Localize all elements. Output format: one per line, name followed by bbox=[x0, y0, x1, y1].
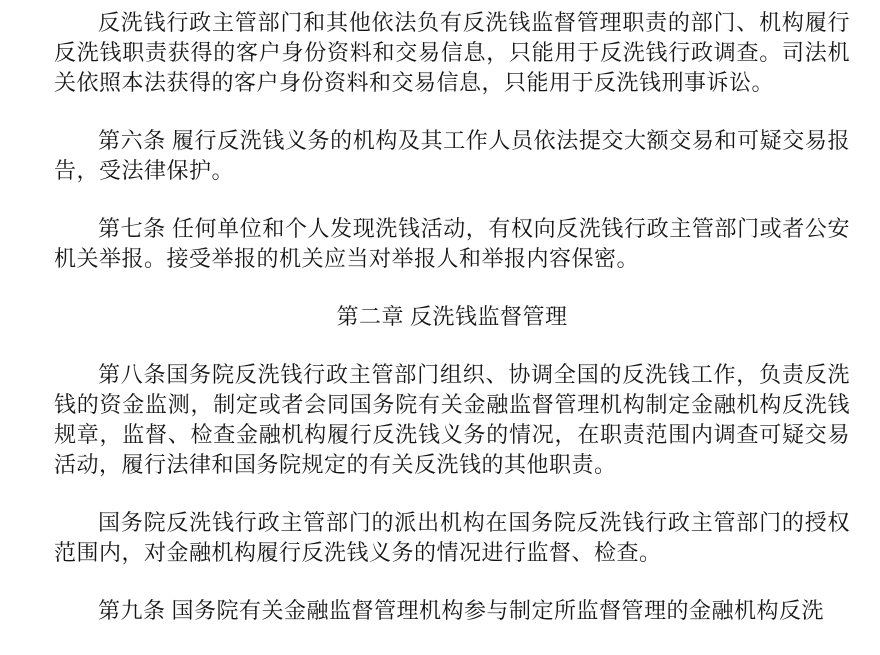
paragraph-article-8: 第八条国务院反洗钱行政主管部门组织、协调全国的反洗钱工作，负责反洗钱的资金监测，… bbox=[54, 360, 850, 480]
paragraph-article-5-continuation: 反洗钱行政主管部门和其他依法负有反洗钱监督管理职责的部门、机构履行反洗钱职责获得… bbox=[54, 8, 850, 98]
paragraph-article-6: 第六条 履行反洗钱义务的机构及其工作人员依法提交大额交易和可疑交易报告，受法律保… bbox=[54, 126, 850, 186]
document-page: 反洗钱行政主管部门和其他依法负有反洗钱监督管理职责的部门、机构履行反洗钱职责获得… bbox=[0, 0, 880, 655]
paragraph-article-8-branch-offices: 国务院反洗钱行政主管部门的派出机构在国务院反洗钱行政主管部门的授权范围内，对金融… bbox=[54, 508, 850, 568]
paragraph-article-9-partial: 第九条 国务院有关金融监督管理机构参与制定所监督管理的金融机构反洗 bbox=[54, 596, 850, 626]
chapter-2-heading: 第二章 反洗钱监督管理 bbox=[54, 302, 850, 332]
paragraph-article-7: 第七条 任何单位和个人发现洗钱活动，有权向反洗钱行政主管部门或者公安机关举报。接… bbox=[54, 214, 850, 274]
